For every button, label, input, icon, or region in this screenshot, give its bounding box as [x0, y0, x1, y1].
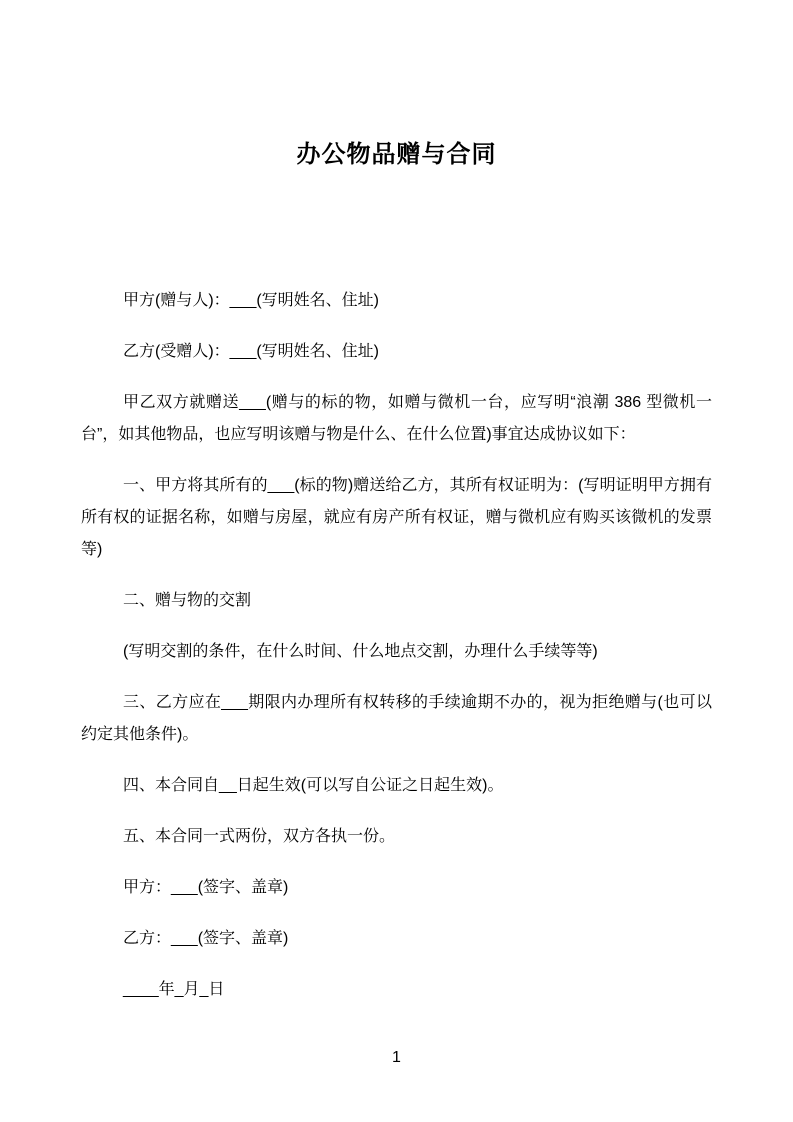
paragraph-clause-3: 三、乙方应在___期限内办理所有权转移的手续逾期不办的，视为拒绝赠与(也可以约定… — [81, 687, 712, 751]
paragraph-date-line: ____年_月_日 — [81, 974, 712, 1006]
paragraph-clause-5: 五、本合同一式两份，双方各执一份。 — [81, 821, 712, 853]
paragraph-clause-2-note: (写明交割的条件，在什么时间、什么地点交割，办理什么手续等等) — [81, 636, 712, 668]
document-page: 办公物品赠与合同 甲方(赠与人)：___(写明姓名、住址) 乙方(受赠人)：__… — [0, 0, 793, 1122]
paragraph-party-a: 甲方(赠与人)：___(写明姓名、住址) — [81, 285, 712, 317]
paragraph-party-b: 乙方(受赠人)：___(写明姓名、住址) — [81, 336, 712, 368]
paragraph-preamble: 甲乙双方就赠送___(赠与的标的物，如赠与微机一台，应写明“浪潮 386 型微机… — [81, 387, 712, 451]
paragraph-clause-1: 一、甲方将其所有的___(标的物)赠送给乙方，其所有权证明为：(写明证明甲方拥有… — [81, 470, 712, 566]
paragraph-clause-2-heading: 二、赠与物的交割 — [81, 585, 712, 617]
page-number: 1 — [0, 1048, 793, 1068]
document-body: 甲方(赠与人)：___(写明姓名、住址) 乙方(受赠人)：___(写明姓名、住址… — [0, 285, 793, 1006]
paragraph-signature-party-b: 乙方：___(签字、盖章) — [81, 923, 712, 955]
paragraph-clause-4: 四、本合同自__日起生效(可以写自公证之日起生效)。 — [81, 770, 712, 802]
document-title: 办公物品赠与合同 — [0, 0, 793, 171]
paragraph-signature-party-a: 甲方：___(签字、盖章) — [81, 872, 712, 904]
